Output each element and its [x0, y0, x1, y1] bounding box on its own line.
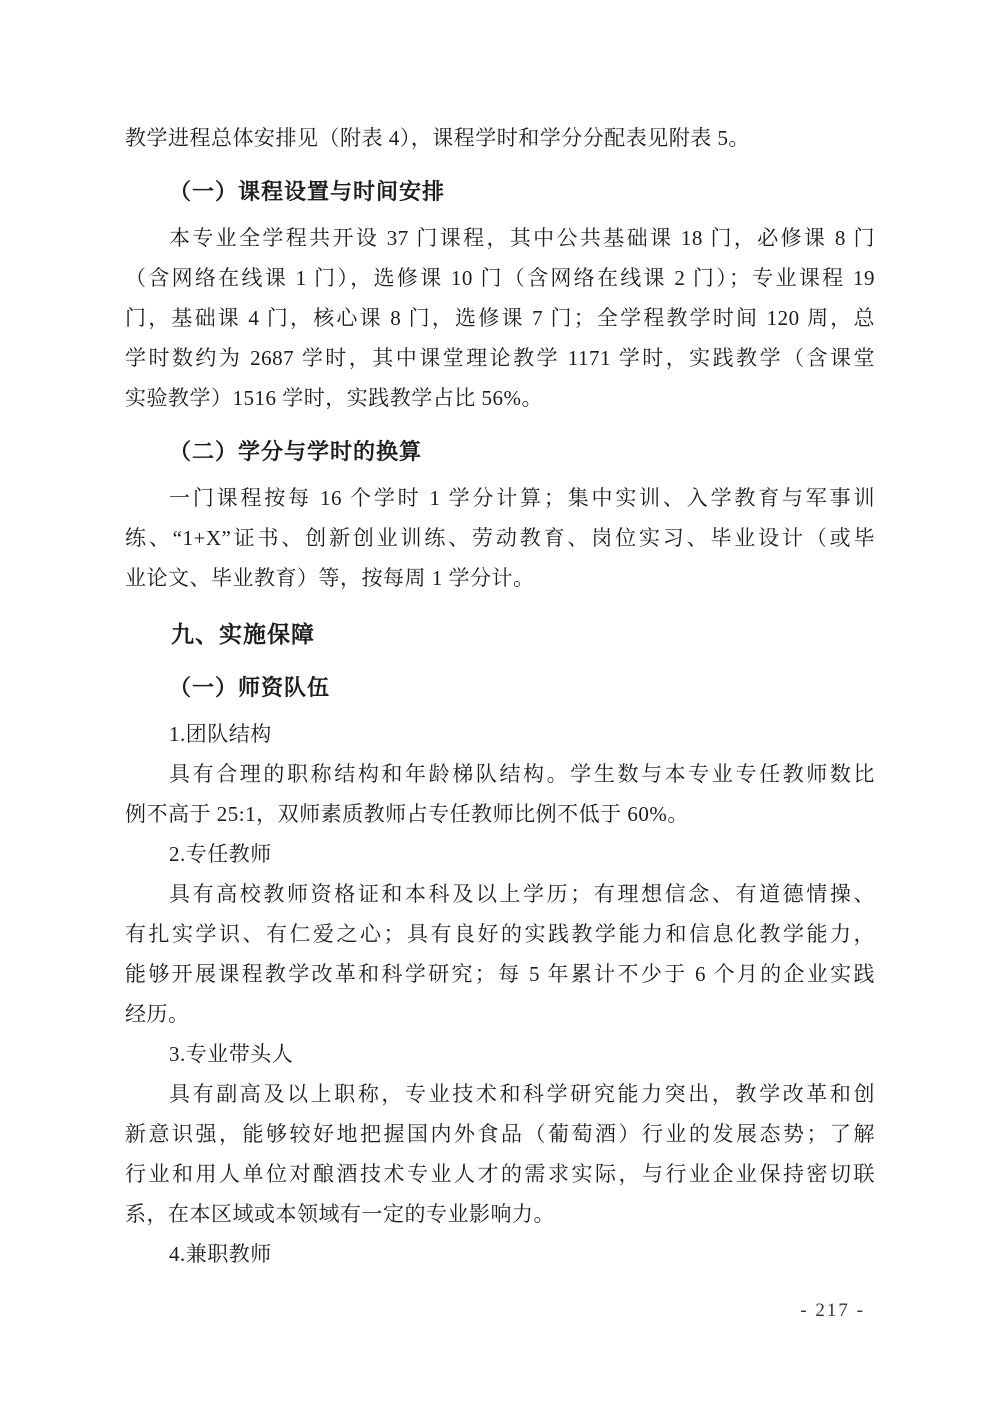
text-line: 2.专任教师 [125, 834, 875, 874]
text-line: 新意识强，能够较好地把握国内外食品（葡萄酒）行业的发展态势；了解 [125, 1114, 875, 1154]
text-line: （含网络在线课 1 门），选修课 10 门（含网络在线课 2 门）；专业课程 1… [125, 258, 875, 298]
text-line: 教学进程总体安排见（附表 4），课程学时和学分分配表见附表 5。 [125, 118, 875, 158]
sub-heading: （一）课程设置与时间安排 [125, 172, 875, 212]
document-body: 教学进程总体安排见（附表 4），课程学时和学分分配表见附表 5。（一）课程设置与… [125, 118, 875, 1274]
text-line: 门，基础课 4 门，核心课 8 门，选修课 7 门；全学程教学时间 120 周，… [125, 298, 875, 338]
text-line: 具有副高及以上职称，专业技术和科学研究能力突出，教学改革和创 [125, 1074, 875, 1114]
text-line: 3.专业带头人 [125, 1034, 875, 1074]
text-line: 练、“1+X”证书、创新创业训练、劳动教育、岗位实习、毕业设计（或毕 [125, 518, 875, 558]
text-line: 业论文、毕业教育）等，按每周 1 学分计。 [125, 558, 875, 598]
text-line: 具有合理的职称结构和年龄梯队结构。学生数与本专业专任教师数比 [125, 754, 875, 794]
text-line: 一门课程按每 16 个学时 1 学分计算；集中实训、入学教育与军事训 [125, 478, 875, 518]
text-line: 学时数约为 2687 学时，其中课堂理论教学 1171 学时，实践教学（含课堂 [125, 338, 875, 378]
page-number: - 217 - [800, 1300, 865, 1322]
text-line: 行业和用人单位对酿酒技术专业人才的需求实际，与行业企业保持密切联 [125, 1154, 875, 1194]
text-line: 有扎实学识、有仁爱之心；具有良好的实践教学能力和信息化教学能力， [125, 914, 875, 954]
text-line: 能够开展课程教学改革和科学研究；每 5 年累计不少于 6 个月的企业实践 [125, 954, 875, 994]
text-line: 具有高校教师资格证和本科及以上学历；有理想信念、有道德情操、 [125, 874, 875, 914]
sub-heading: （一）师资队伍 [125, 668, 875, 708]
text-line: 本专业全学程共开设 37 门课程，其中公共基础课 18 门，必修课 8 门 [125, 218, 875, 258]
sub-heading: （二）学分与学时的换算 [125, 432, 875, 472]
section-heading: 九、实施保障 [125, 614, 875, 654]
text-line: 系，在本区域或本领域有一定的专业影响力。 [125, 1194, 875, 1234]
document-page: 教学进程总体安排见（附表 4），课程学时和学分分配表见附表 5。（一）课程设置与… [0, 0, 1000, 1414]
text-line: 4.兼职教师 [125, 1234, 875, 1274]
text-line: 经历。 [125, 994, 875, 1034]
text-line: 1.团队结构 [125, 714, 875, 754]
text-line: 实验教学）1516 学时，实践教学占比 56%。 [125, 378, 875, 418]
text-line: 例不高于 25:1，双师素质教师占专任教师比例不低于 60%。 [125, 794, 875, 834]
